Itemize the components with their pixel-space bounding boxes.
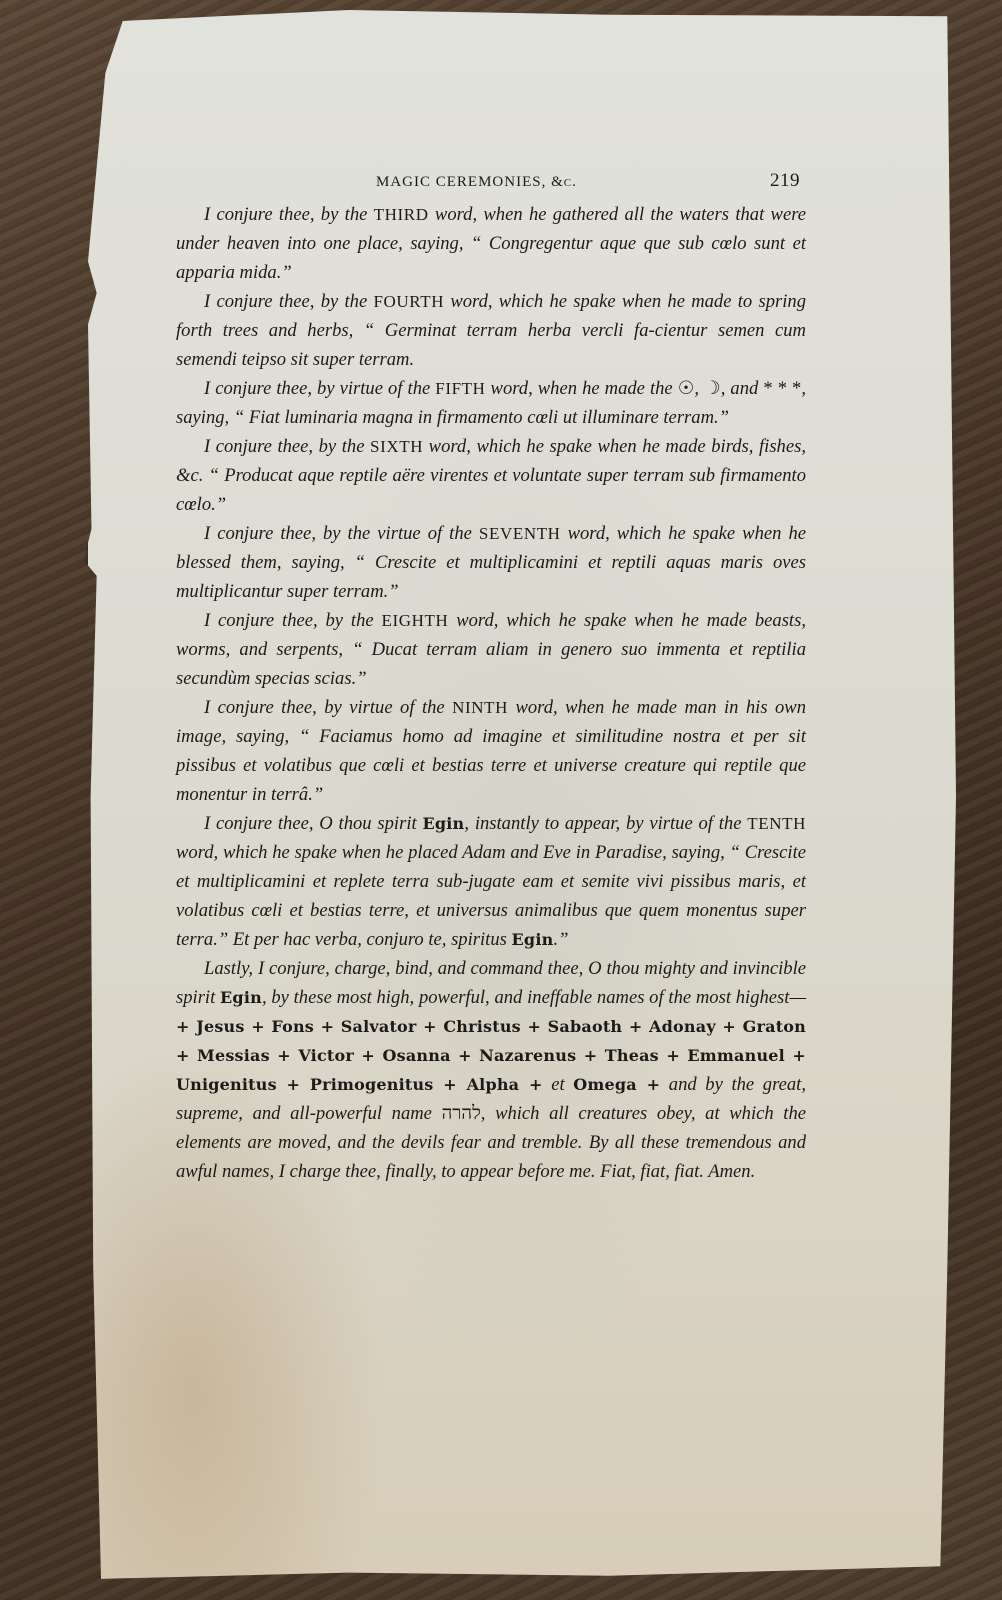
paragraph-fifth-word: I conjure thee, by virtue of the FIFTH w… <box>176 374 806 432</box>
page-number: 219 <box>770 170 800 192</box>
moon-symbol-icon: ☽ <box>704 378 721 399</box>
ordinal: TENTH <box>747 814 806 833</box>
paragraph-lastly: Lastly, I conjure, charge, bind, and com… <box>176 954 806 1186</box>
paragraph-third-word: I conjure thee, by the THIRD word, when … <box>176 200 806 287</box>
running-head-title: MAGIC CEREMONIES, &c. <box>376 174 577 191</box>
stars-symbol-icon: * * * <box>763 378 801 399</box>
ordinal: NINTH <box>452 698 508 717</box>
ordinal: FIFTH <box>435 379 485 398</box>
paragraph-ninth-word: I conjure thee, by virtue of the NINTH w… <box>176 693 806 809</box>
paragraph-fourth-word: I conjure thee, by the FOURTH word, whic… <box>176 287 806 374</box>
ordinal: THIRD <box>374 205 429 224</box>
page-content: MAGIC CEREMONIES, &c. 219 I conjure thee… <box>176 168 806 1186</box>
spirit-name: Egin <box>220 988 262 1007</box>
spirit-name: Egin <box>422 814 464 833</box>
paragraph-tenth-word: I conjure thee, O thou spirit Egin, inst… <box>176 809 806 954</box>
paragraph-eighth-word: I conjure thee, by the EIGHTH word, whic… <box>176 606 806 693</box>
running-head: MAGIC CEREMONIES, &c. 219 <box>176 168 806 200</box>
ordinal: EIGHTH <box>382 611 449 630</box>
sun-symbol-icon: ☉ <box>678 378 695 399</box>
hebrew-name: להרה <box>442 1103 481 1124</box>
omega-name: Omega + <box>573 1075 660 1094</box>
ordinal: SEVENTH <box>479 524 561 543</box>
ordinal: FOURTH <box>374 292 445 311</box>
paragraph-seventh-word: I conjure thee, by the virtue of the SEV… <box>176 519 806 606</box>
ordinal: SIXTH <box>370 437 423 456</box>
spirit-name: Egin <box>512 930 554 949</box>
paragraph-sixth-word: I conjure thee, by the SIXTH word, which… <box>176 432 806 519</box>
